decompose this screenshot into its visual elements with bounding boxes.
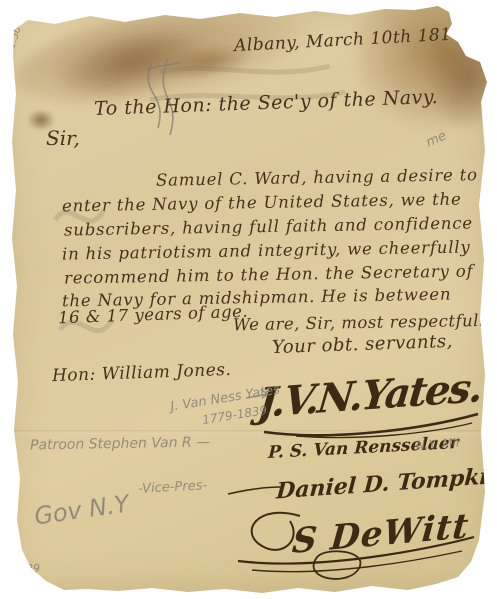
pencil-price: 1.50 — [6, 25, 23, 50]
greeting: Sir, — [46, 126, 80, 150]
dateline: Albany, March 10th 1814. — [234, 24, 470, 56]
body-line: in his patriotism and integrity, we chee… — [62, 237, 471, 263]
pencil-vice-pres-note: -Vice-Pres- — [138, 478, 208, 497]
pencil-page-number: 29 — [26, 562, 40, 575]
body-line: recommend him to the Hon. the Secretary … — [64, 261, 474, 287]
salutation-line: To the Hon: the Sec'y of the Navy. — [94, 86, 439, 120]
body-line: enter the Navy of the United States, we … — [62, 190, 462, 216]
body-line: Samuel C. Ward, having a desire to — [156, 165, 478, 190]
closing-line: Your obt. servants, — [272, 331, 453, 358]
tompkins-flourish — [228, 487, 280, 494]
addressee-line: Hon: William Jones. — [52, 360, 232, 386]
respectfully-line: We are, Sir, most respectfully, — [233, 311, 497, 335]
pencil-militia-note: N.Y. Mil — [416, 436, 460, 453]
pencil-van-rensselaer-note: Patroon Stephen Van R — — [30, 434, 210, 453]
signature-yates: J.V.N.Yates. — [256, 364, 484, 427]
paper-crease — [0, 430, 497, 434]
pencil-squiggle-me: me — [424, 128, 449, 150]
scanned-letter: Albany, March 10th 1814. To the Hon: the… — [0, 0, 497, 599]
pencil-governor-note: Gov N.Y — [33, 490, 131, 531]
paper-sheet: Albany, March 10th 1814. To the Hon: the… — [0, 0, 497, 599]
signature-tompkins: Daniel D. Tompkins — [275, 462, 497, 505]
signature-dewitt: S DeWitt — [291, 506, 471, 562]
body-line: subscribers, having full faith and confi… — [64, 213, 473, 239]
